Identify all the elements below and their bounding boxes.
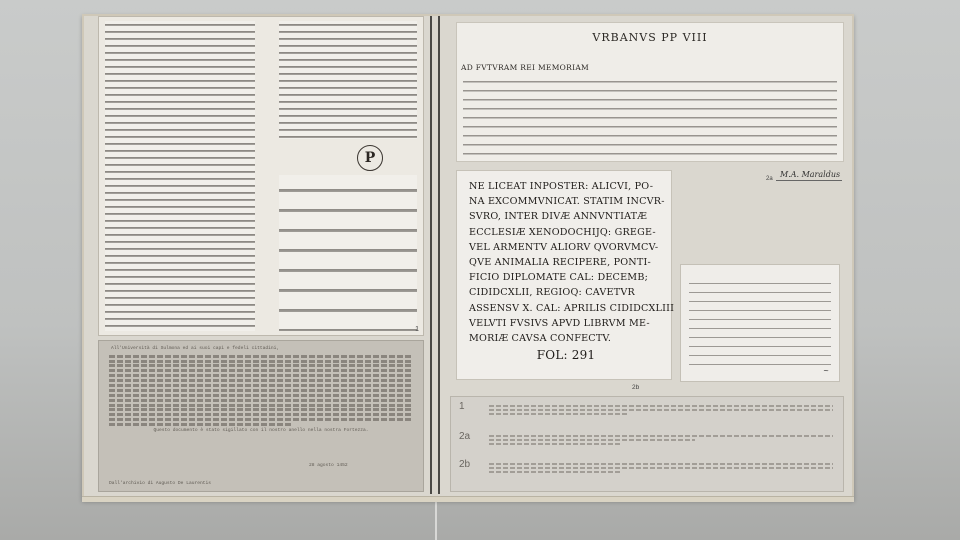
letter-text-line bbox=[109, 360, 413, 363]
manuscript-photo: P 1 bbox=[98, 16, 424, 336]
letter-text-line bbox=[109, 413, 413, 416]
inscription-line: ECCLESIÆ XENODOCHIJQ: GREGE- bbox=[469, 225, 663, 240]
notary-monogram-icon: P bbox=[357, 145, 383, 171]
caption-number: 2b bbox=[459, 459, 470, 470]
inscription-line: CIDIDCXLII, REGIOQ: CAVETVR bbox=[469, 285, 663, 300]
letter-text-line bbox=[109, 404, 413, 407]
manuscript-page-left bbox=[105, 21, 255, 331]
inscription-line: SVRO, INTER DIVÆ ANNVNTIATÆ bbox=[469, 209, 663, 224]
signature-underline bbox=[776, 180, 842, 181]
wall-seam bbox=[435, 500, 437, 540]
inscription-line: MORIÆ CAVSA CONFECTV. bbox=[469, 331, 663, 346]
caption-text bbox=[489, 461, 833, 475]
caption-number: 1 bbox=[459, 401, 465, 412]
letter-text-line bbox=[109, 399, 413, 402]
letter-date: 28 agosto 1452 bbox=[309, 463, 348, 470]
papal-bull: VRBANVS PP VIII AD FVTVRAM REI MEMORIAM bbox=[456, 22, 844, 162]
inscription-folio: FOL: 291 bbox=[469, 348, 663, 363]
bull-reference-label: 2a bbox=[766, 176, 773, 182]
handwritten-text bbox=[689, 277, 831, 367]
letter-text-line bbox=[109, 355, 413, 358]
inscription-line: VEL ARMENTV ALIORV QVORVMCV- bbox=[469, 240, 663, 255]
inscription-panel: NE LICEAT INPOSTER: ALICVI, PO- NA EXCOM… bbox=[456, 170, 672, 380]
letter-text-line bbox=[109, 389, 413, 392]
manuscript-label: 1 bbox=[415, 326, 419, 333]
board-divider bbox=[430, 16, 432, 494]
bull-body-text bbox=[463, 75, 837, 161]
letter-closing: Questo documento è stato sigillato con i… bbox=[109, 428, 413, 435]
letter-text-line bbox=[109, 394, 413, 397]
typed-transcription: All'Università di Sulmona ed ai suoi cap… bbox=[98, 340, 424, 492]
letter-signature: Dall'archivio di Augusto De Laurentis bbox=[109, 481, 211, 488]
manuscript-page-right-entries bbox=[279, 175, 417, 331]
bull-incipit: AD FVTVRAM REI MEMORIAM bbox=[461, 63, 589, 72]
inscription-reference-label: 2b bbox=[632, 384, 639, 391]
inscription-line: VELVTI FVSIVS APVD LIBRVM ME- bbox=[469, 316, 663, 331]
bull-signature: M.A. Maraldus bbox=[780, 170, 840, 179]
manuscript-page-right bbox=[279, 21, 417, 139]
inscription-line: NA EXCOMMVNICAT. STATIM INCVR- bbox=[469, 194, 663, 209]
letter-text-line bbox=[109, 364, 413, 367]
inscription-line: NE LICEAT INPOSTER: ALICVI, PO- bbox=[469, 179, 663, 194]
inscription-line: ASSENSV X. CAL: APRILIS CIDIDCXLIII bbox=[469, 301, 663, 316]
handwritten-letter: ~ bbox=[680, 264, 840, 382]
handwritten-signature: ~ bbox=[823, 367, 829, 375]
bull-title: VRBANVS PP VIII bbox=[457, 31, 843, 44]
letter-text-line bbox=[109, 374, 413, 377]
caption-text bbox=[489, 403, 833, 417]
letter-text-line bbox=[109, 369, 413, 372]
board-divider bbox=[438, 16, 440, 494]
letter-text-line bbox=[109, 384, 413, 387]
captions-panel: 1 2a 2b bbox=[450, 396, 844, 492]
letter-text-line bbox=[109, 423, 291, 426]
letter-text-line bbox=[109, 408, 413, 411]
caption-text bbox=[489, 433, 833, 447]
inscription-line: FICIO DIPLOMATE CAL: DECEMB; bbox=[469, 270, 663, 285]
inscription-line: QVE ANIMALIA RECIPERE, PONTI- bbox=[469, 255, 663, 270]
letter-text-line bbox=[109, 379, 413, 382]
letter-text-line bbox=[109, 418, 413, 421]
letter-salutation: All'Università di Sulmona ed ai suoi cap… bbox=[111, 346, 413, 353]
board-frame bbox=[82, 496, 854, 502]
caption-number: 2a bbox=[459, 431, 470, 442]
